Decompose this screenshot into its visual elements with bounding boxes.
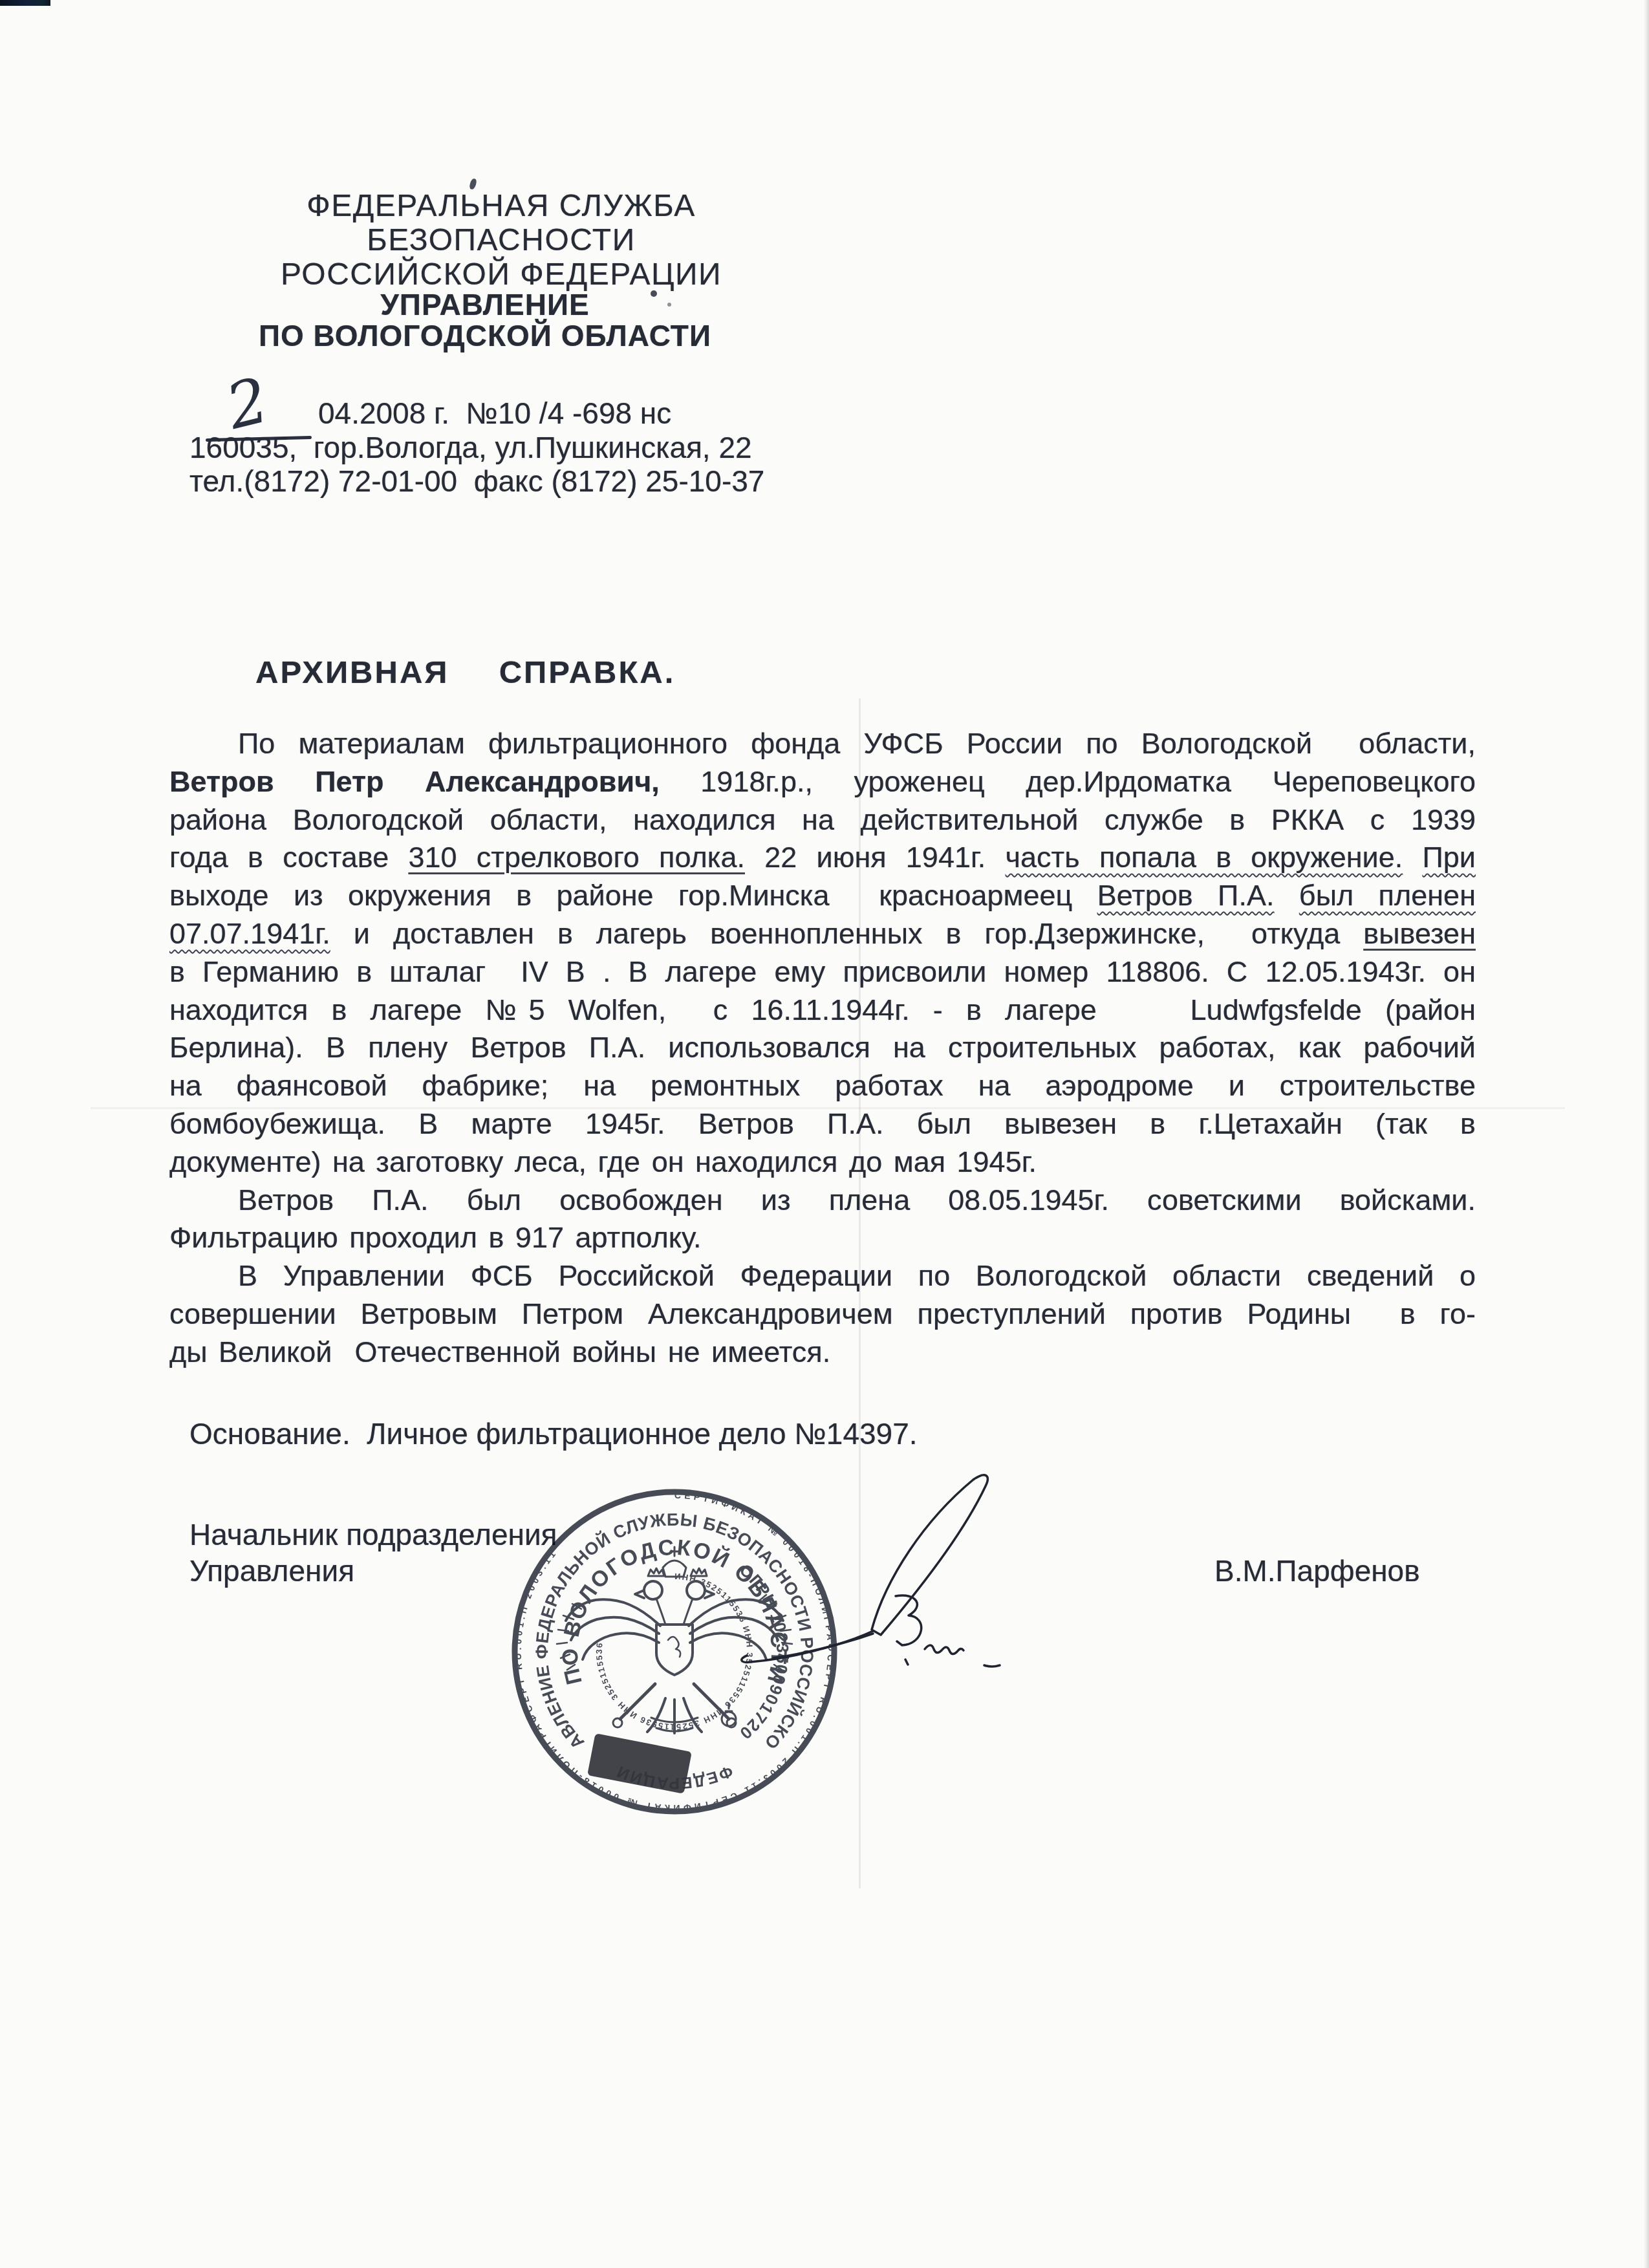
body-line: Ветров Петр Александрович, 1918г.р., уро… [169,763,1476,801]
body-segment: выходе из окружения в районе гор.Минска … [169,879,1097,912]
dept-line1: УПРАВЛЕНИЕ [162,289,808,320]
body-text: По материалам фильтрационного фонда УФСБ… [169,725,1476,1372]
body-segment: вывезен [1363,917,1476,950]
body-line: Берлина). В плену Ветров П.А. использова… [169,1029,1476,1067]
body-segment: Ветров П.А. [1097,879,1275,912]
org-name-line2: РОССИЙСКОЙ ФЕДЕРАЦИИ [194,257,808,292]
body-segment: В Управлении ФСБ Российской Федерации по… [238,1259,1476,1292]
body-line: совершении Ветровым Петром Александрович… [169,1295,1476,1334]
body-segment: бомбоубежища. В марте 1945г. Ветров П.А.… [169,1107,1476,1140]
body-segment: Фильтрацию проходил в 917 артполку. [169,1221,702,1254]
letterhead-dept: УПРАВЛЕНИЕ ПО ВОЛОГОДСКОЙ ОБЛАСТИ [162,289,808,351]
signer-position-line2: Управления [189,1553,354,1588]
body-segment: года в составе [169,841,408,874]
body-line: в Германию в шталаг IV B . В лагере ему … [169,953,1476,991]
body-segment: 22 июня 1941г. [745,841,1006,874]
body-line: на фаянсовой фабрике; на ремонтных работ… [169,1067,1476,1105]
body-segment: Берлина). В плену Ветров П.А. использова… [169,1031,1476,1064]
body-segment: документе) на заготовку леса, где он нах… [169,1145,1037,1178]
org-name-line1: ФЕДЕРАЛЬНАЯ СЛУЖБА БЕЗОПАСНОСТИ [194,189,808,257]
body-segment: находится в лагере №5 Wolfen, с 16.11.19… [169,993,1476,1026]
phone-fax-line: тел.(8172) 72-01-00 факс (8172) 25-10-37 [189,464,764,499]
body-segment: и доставлен в лагерь военнопленных в гор… [330,917,1364,950]
scan-corner-smudge [0,0,50,6]
body-line: года в составе 310 стрелкового полка. 22… [169,839,1476,877]
date-number-line: 04.2008 г. №10 /4 -698 нс [318,396,671,431]
body-segment: 07.07.1941г. [169,917,330,950]
signature-autograph [711,1462,1048,1681]
body-line: находится в лагере №5 Wolfen, с 16.11.19… [169,991,1476,1030]
address-line: 160035, гор.Вологда, ул.Пушкинская, 22 [189,430,752,465]
body-segment [1403,841,1422,874]
document-title: АРХИВНАЯ СПРАВКА. [255,654,675,691]
stamp-ink-blotch [587,1733,692,1794]
body-line: По материалам фильтрационного фонда УФСБ… [169,725,1476,763]
body-line: В Управлении ФСБ Российской Федерации по… [169,1257,1476,1295]
body-line: района Вологодской области, находился на… [169,801,1476,839]
letterhead-org: ФЕДЕРАЛЬНАЯ СЛУЖБА БЕЗОПАСНОСТИ РОССИЙСК… [194,189,808,292]
body-segment: ды Великой Отечественной войны не имеетс… [169,1335,830,1368]
body-segment: на фаянсовой фабрике; на ремонтных работ… [169,1069,1476,1102]
body-line: 07.07.1941г. и доставлен в лагерь военно… [169,915,1476,953]
body-segment: Ветров П.А. был освобожден из плена 08.0… [238,1183,1476,1216]
body-segment: Ветров Петр Александрович, [169,765,660,798]
body-segment: 310 стрелкового полка. [408,841,744,874]
signer-name: В.М.Парфенов [1214,1553,1420,1588]
body-segment: часть попала в окружение. [1006,841,1403,874]
body-segment: При [1422,841,1476,874]
body-segment: 1918г.р., уроженец дер.Ирдоматка Черепов… [660,765,1476,798]
body-segment: района Вологодской области, находился на… [169,803,1476,836]
body-segment: совершении Ветровым Петром Александрович… [169,1297,1476,1330]
scan-edge-shadow [1644,0,1649,2268]
body-segment: По материалам фильтрационного фонда УФСБ… [238,727,1476,760]
dept-line2: ПО ВОЛОГОДСКОЙ ОБЛАСТИ [162,320,808,351]
body-segment: в Германию в шталаг IV B . В лагере ему … [169,955,1476,988]
body-line: Ветров П.А. был освобожден из плена 08.0… [169,1182,1476,1220]
basis-line: Основание. Личное фильтрационное дело №1… [189,1416,918,1451]
body-segment: был пленен [1299,879,1476,912]
body-segment [1274,879,1299,912]
body-line: документе) на заготовку леса, где он нах… [169,1143,1476,1182]
body-line: выходе из окружения в районе гор.Минска … [169,877,1476,915]
document-page: ФЕДЕРАЛЬНАЯ СЛУЖБА БЕЗОПАСНОСТИ РОССИЙСК… [0,0,1649,2268]
body-line: бомбоубежища. В марте 1945г. Ветров П.А.… [169,1105,1476,1143]
body-line: ды Великой Отечественной войны не имеетс… [169,1334,1476,1372]
body-line: Фильтрацию проходил в 917 артполку. [169,1219,1476,1257]
